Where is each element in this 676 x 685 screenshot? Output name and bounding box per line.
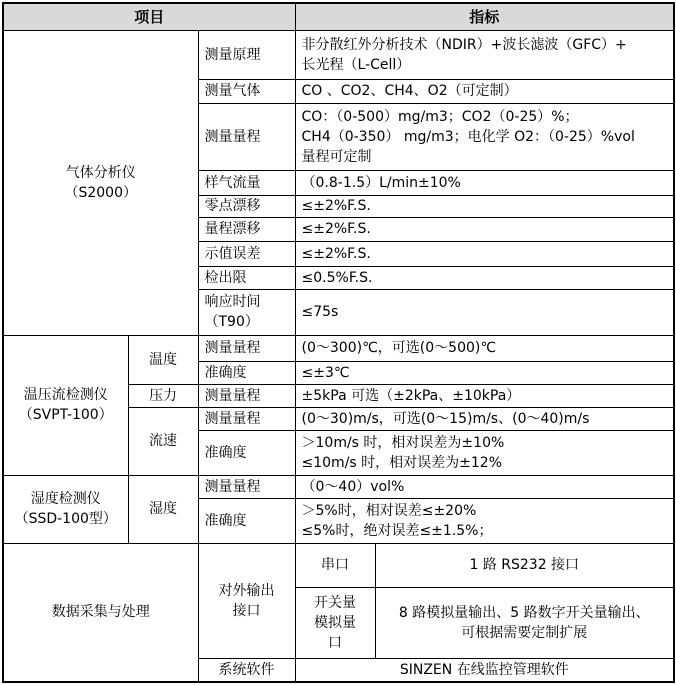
value-line: CH4（0-350） mg/m3；电化学 O2：（0-25）%vol [302,127,668,147]
spec-table: 项目 指标 气体分析仪 （S2000） 测量原理 非分散红外分析技术（NDIR）… [2,2,675,683]
row-value: (0～30)m/s，可选(0～15)m/s、(0～40)m/s [295,407,674,430]
row-value: CO 、CO2、CH4、O2（可定制） [295,79,674,103]
row-value: （0.8-1.5）L/min±10% [295,170,674,195]
interface-value: 8 路模拟量输出、5 路数字开关量输出、 可根据需要定制扩展 [375,587,674,658]
row-label: 测量量程 [198,335,295,361]
row-label: 测量气体 [198,79,295,103]
category-pressure: 压力 [128,384,198,407]
row-value: ≤0.5%F.S. [295,266,674,289]
row-value: ≤±2%F.S. [295,195,674,217]
row-value: （0～40）vol% [295,475,674,498]
row-label: 准确度 [198,361,295,384]
interface-value: 1 路 RS232 接口 [375,543,674,587]
software-value: SINZEN 在线监控管理软件 [295,658,674,682]
row-label: 示值误差 [198,241,295,266]
interface-label-cell: 对外输出 接口 [198,543,295,658]
value-line: ≤5%时，绝对误差≤±1.5%； [302,521,668,541]
row-value: 非分散红外分析技术（NDIR）+波长滤波（GFC）+ 长光程（L-Cell） [295,30,674,79]
value-line: 可根据需要定制扩展 [382,623,668,643]
row-label: 测量量程 [198,407,295,430]
row-value: ≤±2%F.S. [295,217,674,241]
category-temperature: 温度 [128,335,198,384]
header-spec: 指标 [295,3,674,30]
row-label: 测量原理 [198,30,295,79]
row-label: 检出限 [198,266,295,289]
value-line: 长光程（L-Cell） [302,55,668,75]
row-label: 测量量程 [198,103,295,170]
label-line: （T90） [205,312,289,332]
row-value: ≤±3℃ [295,361,674,384]
svpt-model: （SVPT-100） [10,405,122,425]
row-label: 零点漂移 [198,195,295,217]
category-humidity: 湿度 [128,475,198,543]
svpt-name-cell: 温压流检测仪 （SVPT-100） [3,335,128,475]
row-label: 准确度 [198,498,295,543]
row-label: 测量量程 [198,475,295,498]
table-row: 数据采集与处理 对外输出 接口 串口 1 路 RS232 接口 [3,543,674,587]
value-line: CO：（0-500）mg/m3；CO2（0-25）%； [302,107,668,127]
gas-analyzer-name-cell: 气体分析仪 （S2000） [3,30,198,335]
label-line: 模拟量 [302,613,369,633]
label-line: 接口 [205,601,289,621]
value-line: ＞5%时，相对误差≤±20% [302,501,668,521]
table-row: 气体分析仪 （S2000） 测量原理 非分散红外分析技术（NDIR）+波长滤波（… [3,30,674,79]
row-value: CO：（0-500）mg/m3；CO2（0-25）%； CH4（0-350） m… [295,103,674,170]
humidity-model: （SSD-100型） [10,509,122,529]
table-row: 湿度检测仪 （SSD-100型） 湿度 测量量程 （0～40）vol% [3,475,674,498]
value-line: ＞10m/s 时，相对误差为±10% [302,433,668,453]
row-label: 响应时间 （T90） [198,289,295,335]
row-value: ＞5%时，相对误差≤±20% ≤5%时，绝对误差≤±1.5%； [295,498,674,543]
row-label: 量程漂移 [198,217,295,241]
data-processing-name: 数据采集与处理 [3,543,198,682]
row-value: ＞10m/s 时，相对误差为±10% ≤10m/s 时，相对误差为±12% [295,430,674,475]
header-row: 项目 指标 [3,3,674,30]
svpt-name: 温压流检测仪 [10,385,122,405]
humidity-name: 湿度检测仪 [10,489,122,509]
row-value: ≤75s [295,289,674,335]
gas-analyzer-name: 气体分析仪 [10,163,192,183]
interface-type: 串口 [295,543,375,587]
row-label: 样气流量 [198,170,295,195]
label-line: 口 [302,633,369,653]
label-line: 响应时间 [205,292,289,312]
value-line: 非分散红外分析技术（NDIR）+波长滤波（GFC）+ [302,35,668,55]
software-label: 系统软件 [198,658,295,682]
row-label: 测量量程 [198,384,295,407]
header-item: 项目 [3,3,295,30]
category-flow-velocity: 流速 [128,407,198,475]
value-line: ≤10m/s 时，相对误差为±12% [302,453,668,473]
value-line: 量程可定制 [302,147,668,167]
row-value: ±5kPa 可选（±2kPa、±10kPa） [295,384,674,407]
humidity-name-cell: 湿度检测仪 （SSD-100型） [3,475,128,543]
row-value: (0～300)℃，可选(0～500)℃ [295,335,674,361]
label-line: 对外输出 [205,581,289,601]
interface-type: 开关量 模拟量 口 [295,587,375,658]
table-row: 温压流检测仪 （SVPT-100） 温度 测量量程 (0～300)℃，可选(0～… [3,335,674,361]
row-value: ≤±2%F.S. [295,241,674,266]
label-line: 开关量 [302,593,369,613]
gas-analyzer-model: （S2000） [10,183,192,203]
value-line: 8 路模拟量输出、5 路数字开关量输出、 [382,603,668,623]
row-label: 准确度 [198,430,295,475]
